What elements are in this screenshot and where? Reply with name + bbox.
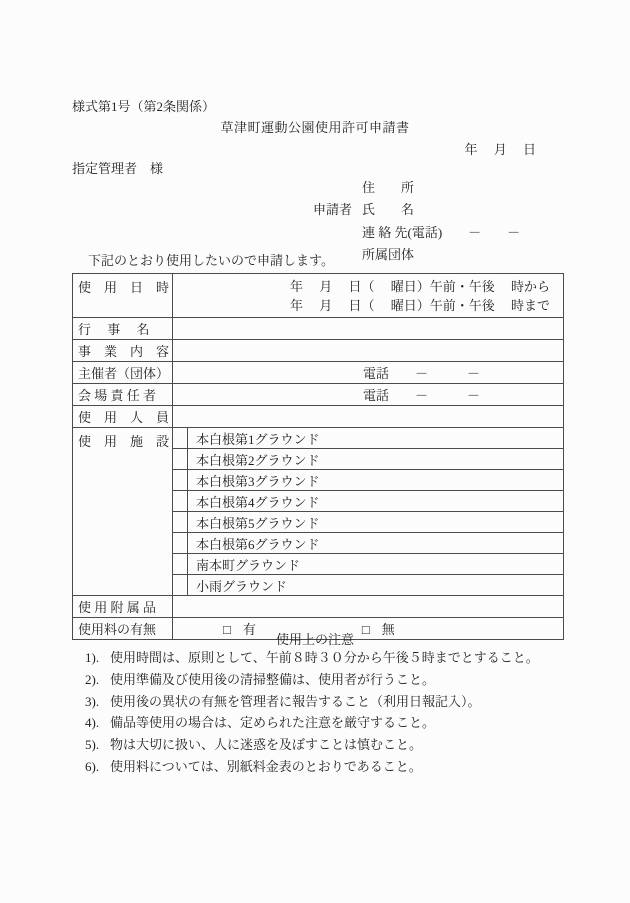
accessories-label: 使 用 附 属 品 bbox=[73, 596, 173, 618]
facility-check-cell[interactable] bbox=[173, 449, 188, 470]
organizer-phone-field[interactable]: 電話 － － bbox=[173, 362, 564, 384]
usage-datetime-label: 使 用 日 時 bbox=[73, 274, 173, 318]
facility-check-cell[interactable] bbox=[173, 533, 188, 554]
organizer-label: 主催者（団体） bbox=[73, 362, 173, 384]
business-content-field[interactable] bbox=[173, 340, 564, 362]
row-business-content: 事 業 内 容 bbox=[73, 340, 564, 362]
note-item-4: 4).備品等使用の場合は、定められた注意を厳守すること。 bbox=[85, 712, 539, 734]
venue-manager-label: 会 場 責 任 者 bbox=[73, 384, 173, 406]
facility-check-cell[interactable] bbox=[173, 491, 188, 512]
facility-name: 本白根第1グラウンド bbox=[188, 428, 564, 449]
facilities-label: 使 用 施 設 bbox=[73, 428, 173, 596]
row-event-name: 行 事 名 bbox=[73, 318, 564, 340]
note-number: 5). bbox=[85, 734, 110, 756]
applicant-name-row: 申請者氏 名 bbox=[313, 199, 520, 221]
note-text: 使用料については、別紙料金表のとおりであること。 bbox=[110, 759, 422, 774]
application-date-line: 年 月 日 bbox=[464, 139, 536, 158]
facility-check-cell[interactable] bbox=[173, 554, 188, 575]
note-number: 3). bbox=[85, 691, 110, 713]
row-facility-1: 使 用 施 設 本白根第1グラウンド bbox=[73, 428, 564, 449]
facility-check-cell[interactable] bbox=[173, 512, 188, 533]
application-form-page: 様式第1号（第2条関係） 草津町運動公園使用許可申請書 年 月 日 指定管理者 … bbox=[0, 0, 630, 903]
personnel-label: 使 用 人 員 bbox=[73, 406, 173, 428]
facility-check-cell[interactable] bbox=[173, 575, 188, 596]
facility-name: 小雨グラウンド bbox=[188, 575, 564, 596]
addressee-designated-manager: 指定管理者 様 bbox=[72, 158, 163, 177]
facility-name: 本白根第6グラウンド bbox=[188, 533, 564, 554]
note-item-3: 3).使用後の異状の有無を管理者に報告すること（利用日報記入）。 bbox=[85, 691, 539, 713]
name-label: 氏 名 bbox=[362, 202, 414, 217]
row-accessories: 使 用 附 属 品 bbox=[73, 596, 564, 618]
venue-manager-phone-label: 電話 － － bbox=[363, 388, 480, 403]
facility-name: 本白根第2グラウンド bbox=[188, 449, 564, 470]
contact-phone-label: 連 絡 先(電話) － － bbox=[362, 225, 520, 240]
event-name-label: 行 事 名 bbox=[73, 318, 173, 340]
business-content-label: 事 業 内 容 bbox=[73, 340, 173, 362]
applicant-role-label: 申請者 bbox=[313, 199, 362, 221]
note-text: 使用時間は、原則として、午前８時３０分から午後５時までとすること。 bbox=[110, 650, 539, 665]
organizer-phone-label: 電話 － － bbox=[363, 366, 480, 381]
note-text: 備品等使用の場合は、定められた注意を厳守すること。 bbox=[110, 715, 435, 730]
applicant-block: 住 所 申請者氏 名 連 絡 先(電話) － － 所属団体 bbox=[313, 177, 520, 267]
notes-list: 1).使用時間は、原則として、午前８時３０分から午後５時までとすること。 2).… bbox=[85, 647, 539, 778]
applicant-affiliation-row: 所属団体 bbox=[313, 244, 520, 266]
facility-check-cell[interactable] bbox=[173, 428, 188, 449]
facility-name: 本白根第3グラウンド bbox=[188, 470, 564, 491]
facility-name: 本白根第4グラウンド bbox=[188, 491, 564, 512]
note-number: 6). bbox=[85, 756, 110, 778]
facility-name: 南本町グラウンド bbox=[188, 554, 564, 575]
row-organizer: 主催者（団体） 電話 － － bbox=[73, 362, 564, 384]
usage-datetime-field[interactable]: 年 月 日（ 曜日）午前・午後 時から 年 月 日（ 曜日）午前・午後 時まで bbox=[173, 274, 564, 318]
venue-manager-phone-field[interactable]: 電話 － － bbox=[173, 384, 564, 406]
applicant-address-row: 住 所 bbox=[313, 177, 520, 199]
facility-name: 本白根第5グラウンド bbox=[188, 512, 564, 533]
application-table: 使 用 日 時 年 月 日（ 曜日）午前・午後 時から 年 月 日（ 曜日）午前… bbox=[72, 273, 564, 640]
affiliation-label: 所属団体 bbox=[362, 247, 414, 262]
facility-check-cell[interactable] bbox=[173, 470, 188, 491]
intro-sentence: 下記のとおり使用したいので申請します。 bbox=[88, 250, 334, 269]
address-label: 住 所 bbox=[362, 180, 414, 195]
accessories-field[interactable] bbox=[173, 596, 564, 618]
note-number: 2). bbox=[85, 669, 110, 691]
form-number: 様式第1号（第2条関係） bbox=[72, 96, 215, 115]
row-personnel: 使 用 人 員 bbox=[73, 406, 564, 428]
usage-datetime-from: 年 月 日（ 曜日）午前・午後 時から bbox=[173, 277, 550, 296]
note-text: 使用準備及び使用後の清掃整備は、使用者が行うこと。 bbox=[110, 672, 435, 687]
document-title: 草津町運動公園使用許可申請書 bbox=[0, 117, 630, 136]
note-item-2: 2).使用準備及び使用後の清掃整備は、使用者が行うこと。 bbox=[85, 669, 539, 691]
row-venue-manager: 会 場 責 任 者 電話 － － bbox=[73, 384, 564, 406]
note-number: 1). bbox=[85, 647, 110, 669]
note-text: 物は大切に扱い、人に迷惑を及ぼすことは慎むこと。 bbox=[110, 737, 422, 752]
note-number: 4). bbox=[85, 712, 110, 734]
event-name-field[interactable] bbox=[173, 318, 564, 340]
applicant-contact-row: 連 絡 先(電話) － － bbox=[313, 222, 520, 244]
note-item-1: 1).使用時間は、原則として、午前８時３０分から午後５時までとすること。 bbox=[85, 647, 539, 669]
notes-heading: 使用上の注意 bbox=[0, 629, 630, 648]
note-item-5: 5).物は大切に扱い、人に迷惑を及ぼすことは慎むこと。 bbox=[85, 734, 539, 756]
note-item-6: 6).使用料については、別紙料金表のとおりであること。 bbox=[85, 756, 539, 778]
row-usage-datetime: 使 用 日 時 年 月 日（ 曜日）午前・午後 時から 年 月 日（ 曜日）午前… bbox=[73, 274, 564, 318]
usage-datetime-to: 年 月 日（ 曜日）午前・午後 時まで bbox=[173, 296, 550, 315]
personnel-field[interactable] bbox=[173, 406, 564, 428]
note-text: 使用後の異状の有無を管理者に報告すること（利用日報記入）。 bbox=[110, 694, 481, 709]
